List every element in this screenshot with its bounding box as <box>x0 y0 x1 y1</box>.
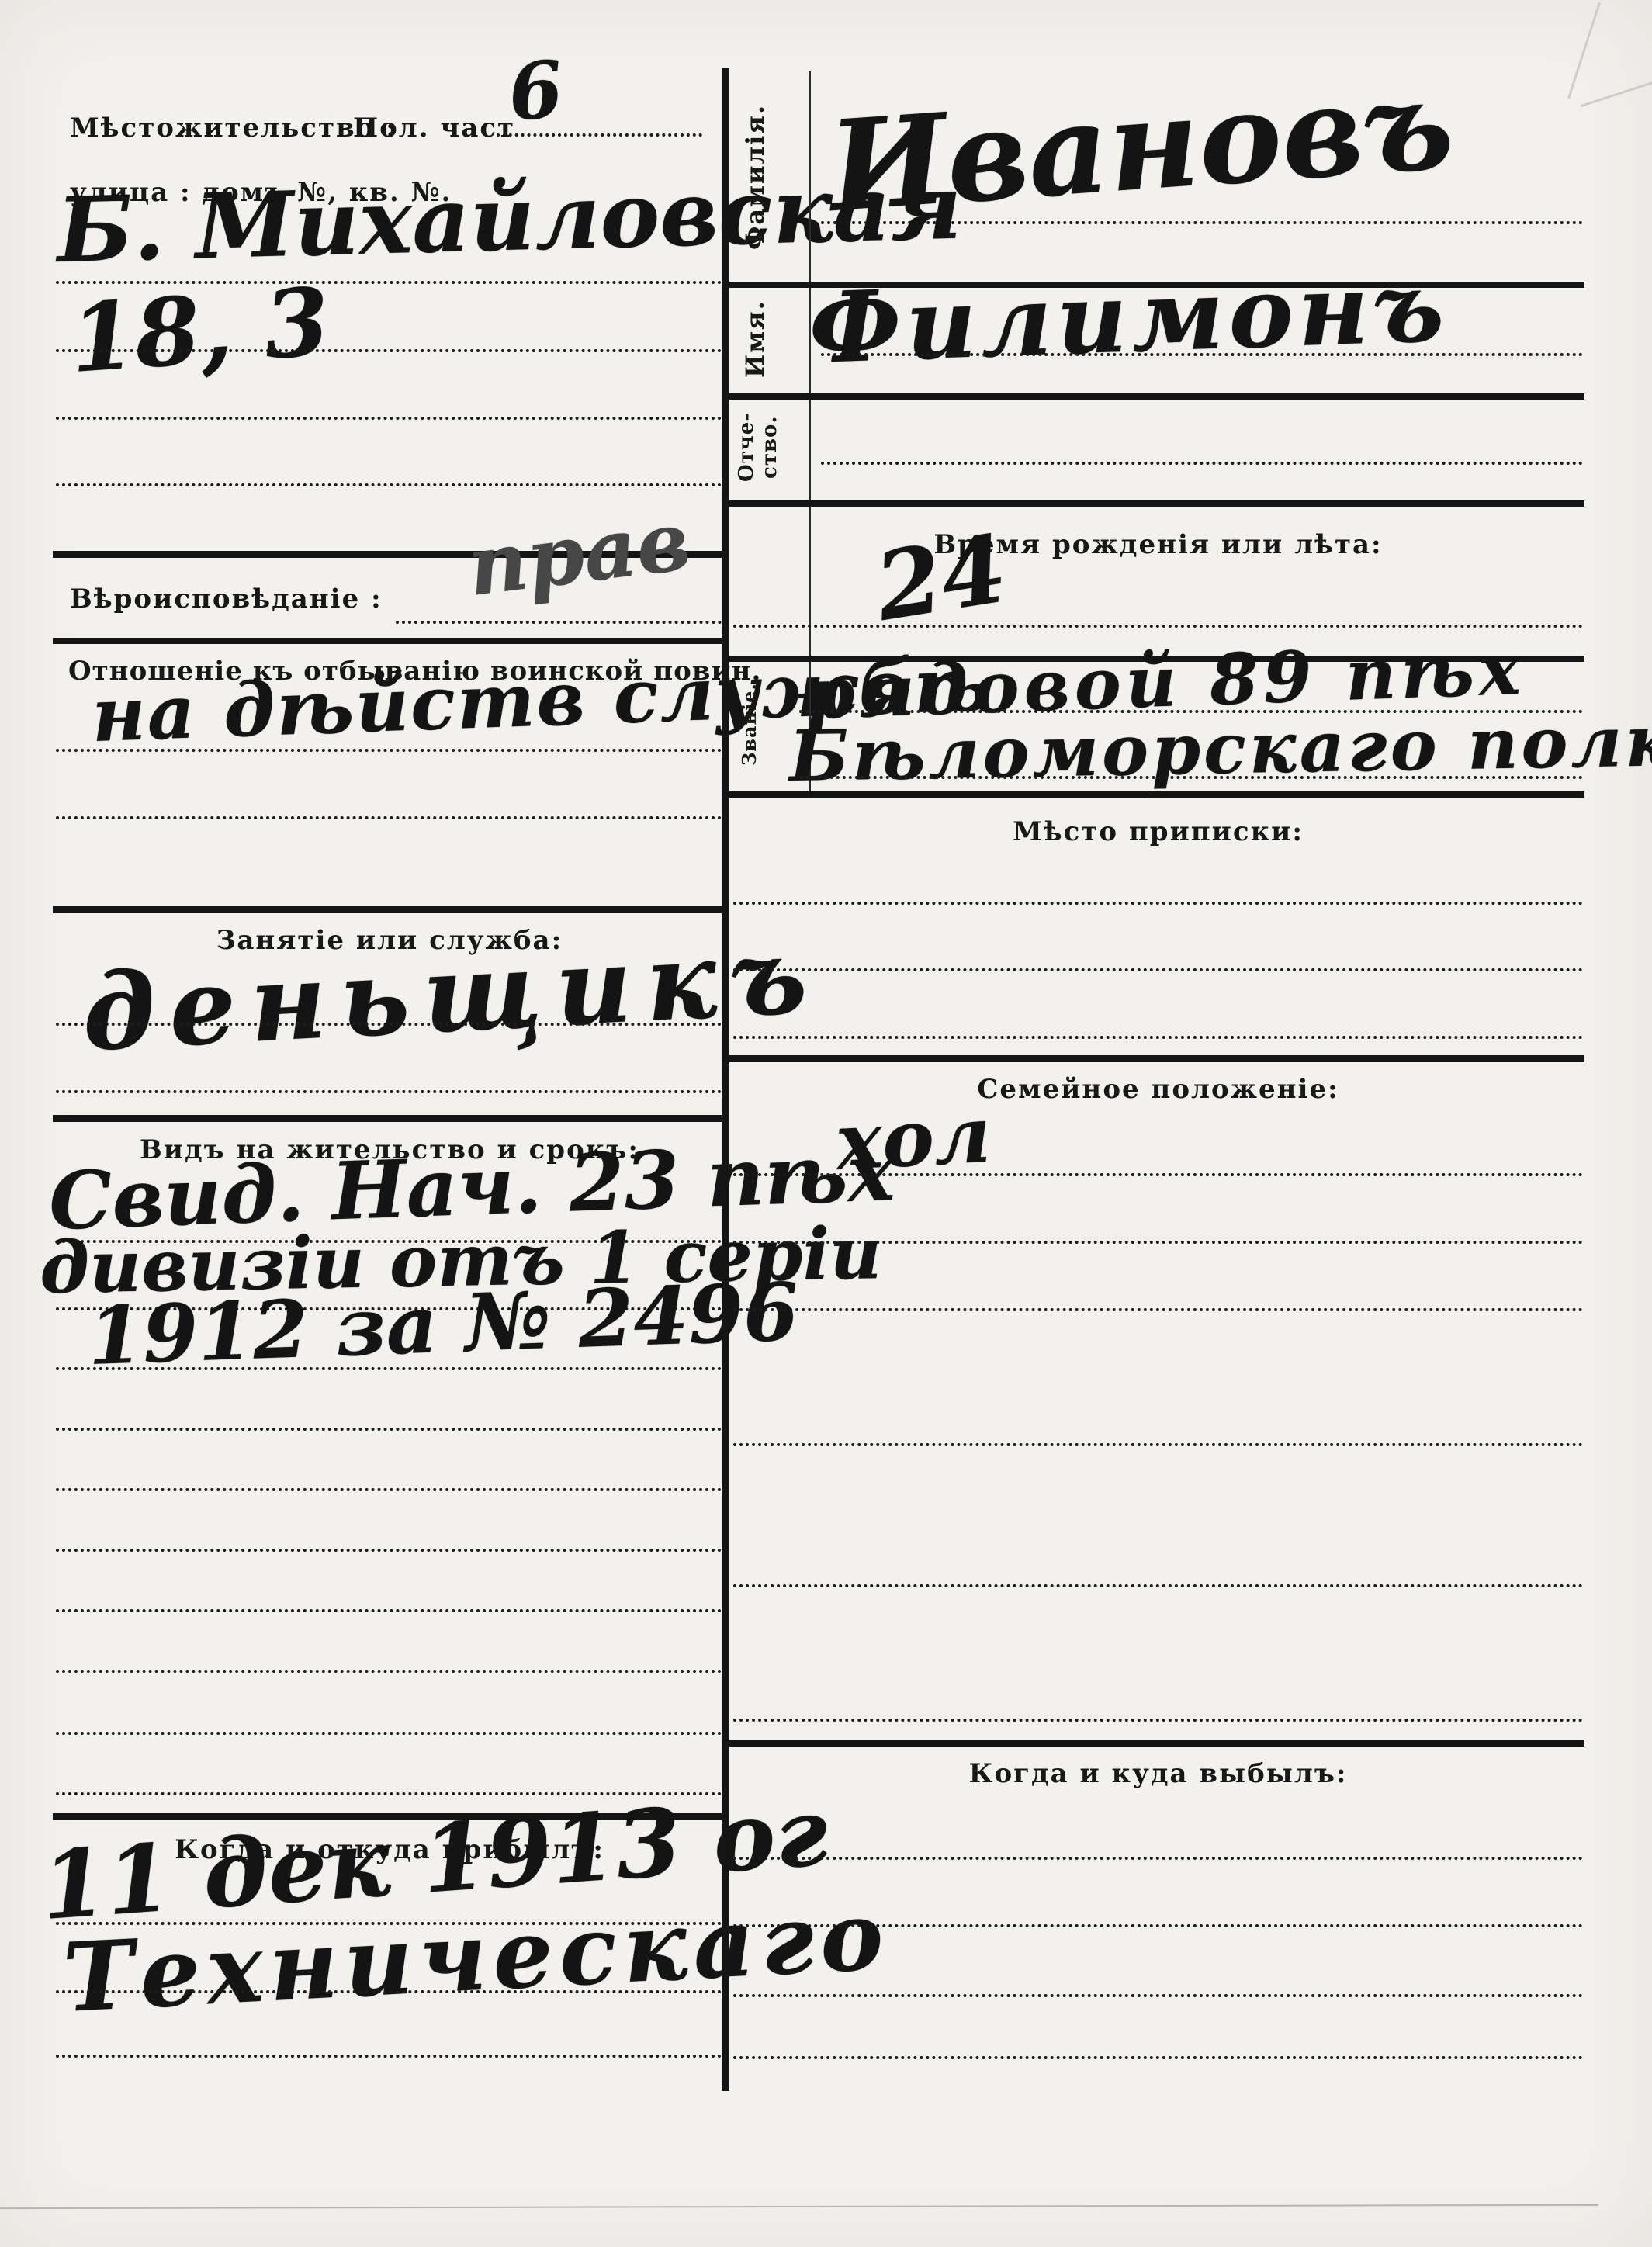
ruled-line <box>56 483 722 486</box>
ruled-line <box>56 1670 722 1673</box>
ruled-line <box>56 1367 722 1370</box>
ruled-line <box>733 1924 1583 1927</box>
ruled-line <box>733 1173 1583 1176</box>
section-divider <box>722 1055 1584 1062</box>
ruled-line <box>733 1241 1583 1244</box>
ruled-line <box>733 1994 1583 1997</box>
registration-place-label: Мѣсто приписки: <box>733 816 1583 847</box>
section-divider <box>53 906 728 913</box>
ruled-line <box>56 417 722 420</box>
ruled-line <box>56 816 722 819</box>
residence-label: Мѣстожительство : <box>70 113 397 144</box>
ruled-line <box>733 1036 1583 1039</box>
residence-permit-line3: 1912 за № 2496 <box>86 1272 799 1376</box>
ruled-line <box>56 2055 722 2058</box>
ruled-line <box>56 1990 722 1993</box>
first-name-label: Имя. <box>741 289 770 390</box>
ruled-line <box>56 1023 722 1026</box>
paper-crease <box>1567 2 1601 99</box>
ruled-line <box>733 625 1583 628</box>
section-divider <box>722 1740 1584 1747</box>
ruled-line <box>56 1488 722 1491</box>
ruled-line <box>821 462 1583 465</box>
ruled-line <box>733 968 1583 971</box>
patronymic-label: Отче- ство. <box>736 399 782 495</box>
rank-label: Званіе. <box>739 660 760 790</box>
family-status-value: хол <box>834 1096 992 1181</box>
ruled-line <box>56 1549 722 1552</box>
birth-value: 24 <box>870 522 1013 635</box>
house-flat-value: 18, 3 <box>68 275 333 386</box>
registration-card-scan: Мѣстожительство : Пол. част 6 улица : до… <box>0 0 1652 2247</box>
section-divider <box>53 638 728 644</box>
ruled-line <box>56 1090 722 1093</box>
ruled-line <box>733 1308 1583 1311</box>
police-part-label: Пол. част <box>353 113 515 144</box>
ruled-line <box>733 1857 1583 1860</box>
religion-label: Вѣроисповѣданіе : <box>70 583 383 615</box>
section-divider <box>722 791 1584 798</box>
ruled-line <box>733 902 1583 905</box>
ruled-line <box>733 1584 1583 1587</box>
birth-label: Время рожденія или лѣта: <box>733 529 1583 560</box>
ruled-line <box>733 2056 1583 2059</box>
religion-line <box>396 621 722 624</box>
ruled-line <box>56 749 722 752</box>
ruled-line <box>56 1609 722 1612</box>
section-divider <box>53 1115 728 1122</box>
street-value: Б. Михайловская <box>56 163 963 275</box>
ruled-line <box>799 776 1583 779</box>
ruled-line <box>821 353 1583 356</box>
paper-crease <box>1581 78 1652 107</box>
religion-value: прав <box>463 500 694 608</box>
ruled-line <box>56 1428 722 1431</box>
police-part-value: 6 <box>505 50 566 132</box>
surname-value: Ивановъ <box>826 61 1457 229</box>
ruled-line <box>733 1443 1583 1446</box>
departed-label: Когда и куда выбылъ: <box>733 1758 1583 1789</box>
ruled-line <box>821 221 1583 224</box>
ruled-line <box>56 1732 722 1735</box>
first-name-value: Филимонъ <box>808 258 1450 378</box>
page-bottom-edge <box>0 2204 1598 2209</box>
column-divider <box>722 68 729 2091</box>
ruled-line <box>733 1719 1583 1722</box>
section-divider <box>722 393 1584 400</box>
surname-label: Фамилія. <box>741 78 770 275</box>
ruled-line <box>56 349 722 352</box>
section-divider <box>722 500 1584 507</box>
